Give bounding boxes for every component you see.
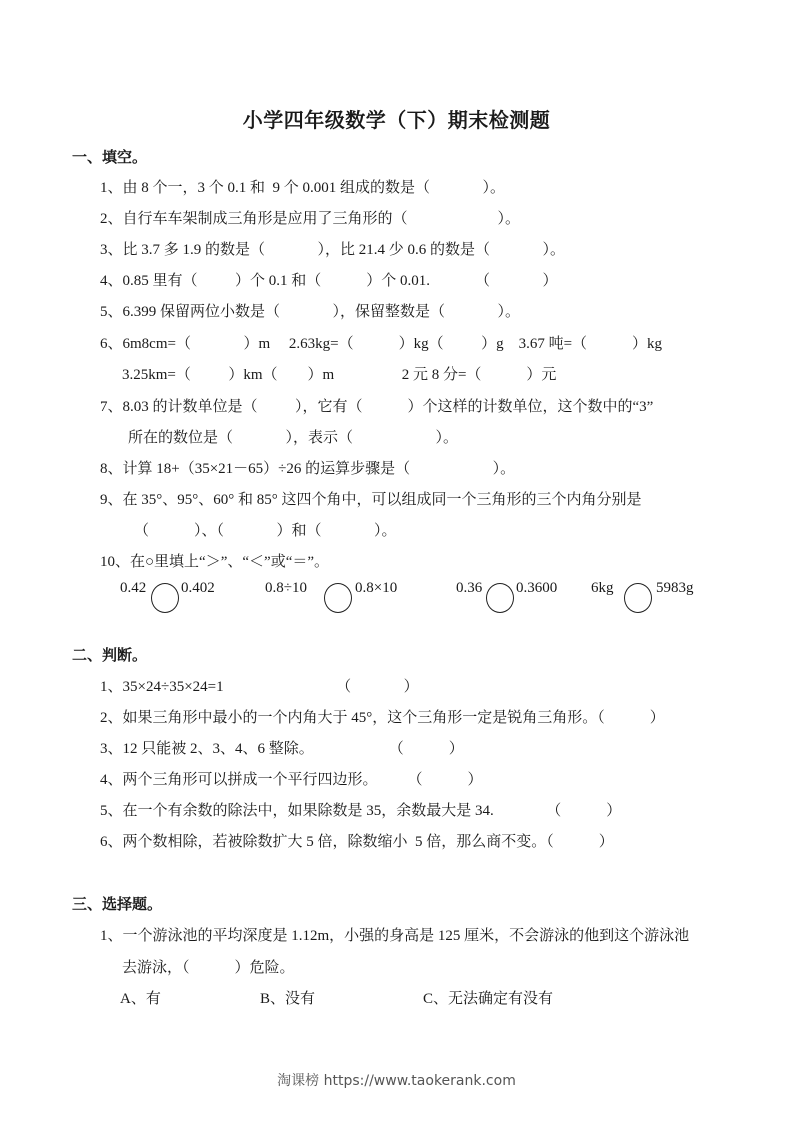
compare-right-1: 0.402 <box>181 580 215 597</box>
compare-left-1: 0.42 <box>120 580 146 597</box>
question-2-5: 5、在一个有余数的除法中，如果除数是 35，余数最大是 34. （ ） <box>100 799 621 820</box>
question-2-6: 6、两个数相除，若被除数扩大 5 倍，除数缩小 5 倍，那么商不变。（ ） <box>100 830 614 851</box>
section-heading-fill-in: 一、填空。 <box>72 146 147 167</box>
section-heading-multiple-choice: 三、选择题。 <box>72 893 162 914</box>
section-heading-judgment: 二、判断。 <box>72 644 147 665</box>
question-3-1a: 1、一个游泳池的平均深度是 1.12m，小强的身高是 125 厘米，不会游泳的他… <box>100 924 689 945</box>
compare-circle-1[interactable] <box>151 583 179 613</box>
compare-left-2: 0.8÷10 <box>265 580 307 597</box>
compare-left-3: 0.36 <box>456 580 482 597</box>
question-1-9a: 9、在 35°、95°、60° 和 85° 这四个角中，可以组成同一个三角形的三… <box>100 488 642 509</box>
question-1-3: 3、比 3.7 多 1.9 的数是（ ），比 21.4 少 0.6 的数是（ ）… <box>100 238 565 259</box>
question-1-5: 5、6.399 保留两位小数是（ ），保留整数是（ ）。 <box>100 300 520 321</box>
question-1-6b: 3.25km=（ ）km（ ）m 2 元 8 分=（ ）元 <box>122 363 556 384</box>
question-1-7a: 7、8.03 的计数单位是（ ），它有（ ）个这样的计数单位，这个数中的“3” <box>100 395 653 416</box>
footer-watermark: 淘课榜 https://www.taokerank.com <box>0 1070 793 1090</box>
question-2-3: 3、12 只能被 2、3、4、6 整除。 （ ） <box>100 737 464 758</box>
question-2-2: 2、如果三角形中最小的一个内角大于 45°，这个三角形一定是锐角三角形。（ ） <box>100 706 665 727</box>
option-b: B、没有 <box>260 987 315 1008</box>
compare-circle-3[interactable] <box>486 583 514 613</box>
page-title: 小学四年级数学（下）期末检测题 <box>0 104 793 133</box>
question-1-9b: （ ）、（ ）和（ ）。 <box>134 519 397 540</box>
question-1-7b: 所在的数位是（ ），表示（ ）。 <box>128 426 458 447</box>
option-a: A、有 <box>120 987 161 1008</box>
question-1-8: 8、计算 18+（35×21－65）÷26 的运算步骤是（ ）。 <box>100 457 515 478</box>
question-1-1: 1、由 8 个一，3 个 0.1 和 9 个 0.001 组成的数是（ ）。 <box>100 176 505 197</box>
question-1-6a: 6、6m8cm=（ ）m 2.63kg=（ ）kg（ ）g 3.67 吨=（ ）… <box>100 332 662 353</box>
question-2-1: 1、35×24÷35×24=1 （ ） <box>100 675 419 696</box>
compare-left-4: 6kg <box>591 580 614 597</box>
question-1-4: 4、0.85 里有（ ）个 0.1 和（ ）个 0.01. （ ） <box>100 269 558 290</box>
question-3-1b: 去游泳，（ ）危险。 <box>122 956 295 977</box>
compare-circle-2[interactable] <box>324 583 352 613</box>
question-2-4: 4、两个三角形可以拼成一个平行四边形。 （ ） <box>100 768 483 789</box>
question-1-10: 10、在○里填上“＞”、“＜”或“＝”。 <box>100 550 329 571</box>
compare-right-3: 0.3600 <box>516 580 557 597</box>
compare-circle-4[interactable] <box>624 583 652 613</box>
compare-right-4: 5983g <box>656 580 694 597</box>
option-c: C、无法确定有没有 <box>423 987 553 1008</box>
question-1-2: 2、自行车车架制成三角形是应用了三角形的（ ）。 <box>100 207 520 228</box>
compare-right-2: 0.8×10 <box>355 580 397 597</box>
